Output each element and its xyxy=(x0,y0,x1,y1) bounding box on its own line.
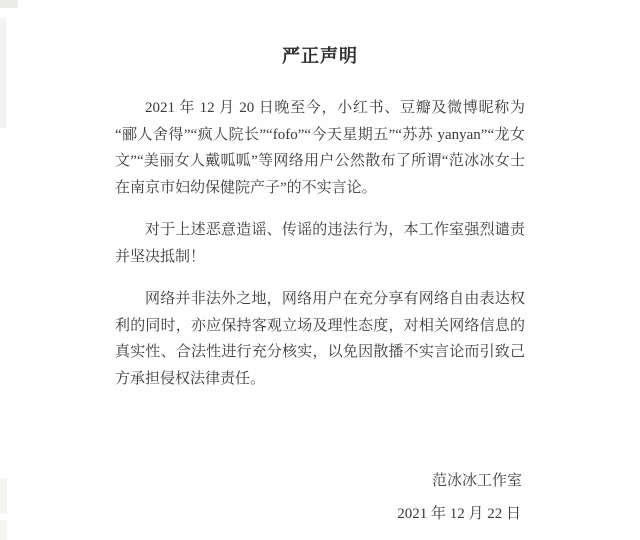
signature-block: 范冰冰工作室 2021 年 12 月 22 日 xyxy=(115,468,525,527)
paragraph-accusation: 2021 年 12 月 20 日晚至今，小红书、豆瓣及微博昵称为“郦人舍得”“疯… xyxy=(115,95,525,201)
paragraph-legal-warning: 网络并非法外之地，网络用户在充分享有网络自由表达权利的同时，亦应保持客观立场及理… xyxy=(115,286,525,392)
signature-date: 2021 年 12 月 22 日 xyxy=(115,501,525,528)
scan-artifact xyxy=(0,0,18,8)
document-title: 严正声明 xyxy=(115,42,525,68)
scan-artifact xyxy=(0,520,7,540)
signature-studio-name: 范冰冰工作室 xyxy=(115,468,525,495)
scan-artifact xyxy=(0,18,6,128)
scan-artifact xyxy=(0,478,7,514)
statement-document: 严正声明 2021 年 12 月 20 日晚至今，小红书、豆瓣及微博昵称为“郦人… xyxy=(115,42,525,527)
paragraph-condemnation: 对于上述恶意造谣、传谣的违法行为，本工作室强烈谴责并坚决抵制！ xyxy=(115,217,525,270)
